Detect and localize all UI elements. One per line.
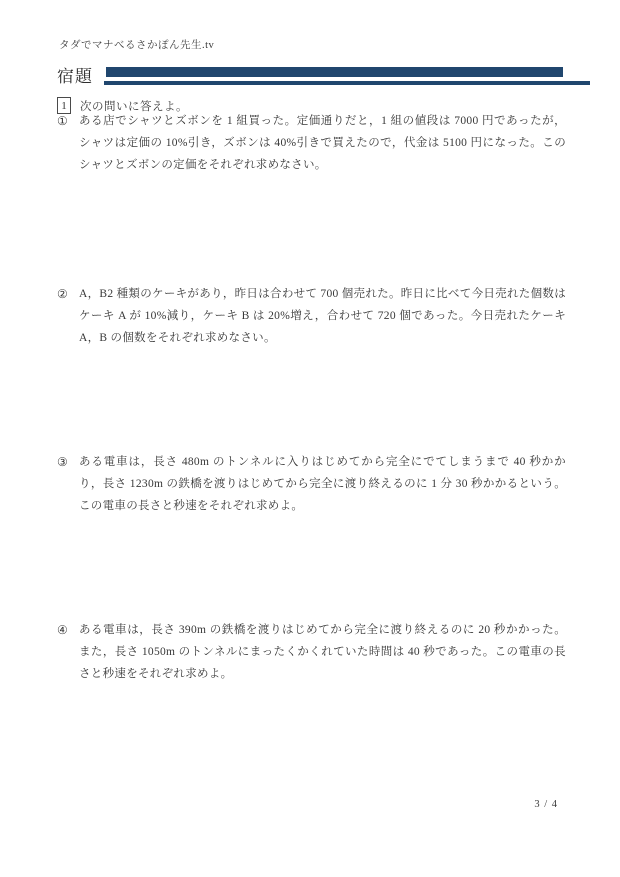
problem-4-marker: ④ bbox=[57, 619, 68, 641]
page-number-indicator: 3 / 4 bbox=[534, 799, 558, 810]
page-title: 宿題 bbox=[57, 62, 93, 87]
title-row: 宿題 bbox=[57, 62, 597, 90]
problem-3-text: ある電車は，長さ 480m のトンネルに入りはじめてから完全にでてしまうまで 4… bbox=[79, 451, 566, 517]
problem-1-text: ある店でシャツとズボンを 1 組買った。定価通りだと，1 組の値段は 7000 … bbox=[79, 110, 566, 176]
problem-1-marker: ① bbox=[57, 110, 68, 132]
problem-2-text: A，B2 種類のケーキがあり，昨日は合わせて 700 個売れた。昨日に比べて今日… bbox=[79, 283, 566, 349]
site-header: タダでマナべるさかぽん先生.tv bbox=[59, 37, 214, 52]
title-accent-bar-thin bbox=[104, 81, 590, 85]
worksheet-page: タダでマナべるさかぽん先生.tv 宿題 1 次の問いに答えよ。 ① ある店でシャ… bbox=[0, 0, 620, 877]
problem-4-text: ある電車は，長さ 390m の鉄橋を渡りはじめてから完全に渡り終えるのに 20 … bbox=[79, 619, 566, 685]
problem-3-marker: ③ bbox=[57, 451, 68, 473]
title-accent-bar-thick bbox=[106, 67, 563, 77]
problem-2-marker: ② bbox=[57, 283, 68, 305]
